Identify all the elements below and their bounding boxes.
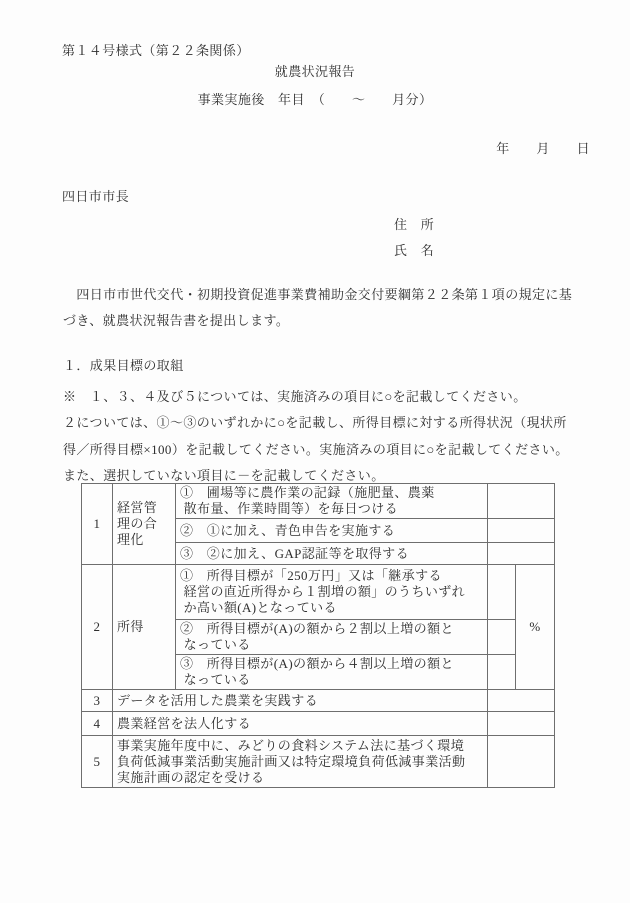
table-row: 1 経営管 理の合 理化 ① 圃場等に農作業の記録（施肥量、農薬 散布量、作業時… [82,484,555,519]
item-text: ① 所得目標が「250万円」又は「継承する 経営の直近所得から１割増の額」のうち… [176,565,488,620]
date-line: 年 月 日 [496,140,590,157]
name-label: 氏 名 [394,242,434,259]
table-row: 3 データを活用した農業を実践する [82,690,555,712]
entry-cell [488,484,555,519]
note-line-1: ※ １、３、４及び５については、実施済みの項目に○を記載してください。 [63,384,608,411]
item-text: ② ①に加え、青色申告を実施する [176,519,488,543]
form-number: 第１４号様式（第２２条関係） [62,42,250,59]
item-text: データを活用した農業を実践する [113,690,488,712]
entry-cell [488,620,516,655]
section-title: １．成果目標の取組 [63,357,184,374]
item-text: ③ ②に加え、GAP認証等を取得する [176,543,488,565]
document-page: 第１４号様式（第２２条関係） 就農状況報告 事業実施後 年目 （ ～ 月分） 年… [0,0,630,903]
item-text: 事業実施年度中に、みどりの食料システム法に基づく環境 負荷低減事業活動実施計画又… [113,736,488,788]
table-row: 4 農業経営を法人化する [82,712,555,736]
row-number: 4 [82,712,113,736]
entry-cell [488,565,516,620]
item-text: ① 圃場等に農作業の記録（施肥量、農薬 散布量、作業時間等）を毎日つける [176,484,488,519]
goals-table: 1 経営管 理の合 理化 ① 圃場等に農作業の記録（施肥量、農薬 散布量、作業時… [81,483,555,788]
table-row: 5 事業実施年度中に、みどりの食料システム法に基づく環境 負荷低減事業活動実施計… [82,736,555,788]
entry-cell [488,543,555,565]
note-paragraph-2: ２については、①～③のいずれかに○を記載し、所得目標に対する所得状況（現状所 得… [63,410,608,490]
item-text: 農業経営を法人化する [113,712,488,736]
table-row: 2 所得 ① 所得目標が「250万円」又は「継承する 経営の直近所得から１割増の… [82,565,555,620]
row-number: 2 [82,565,113,690]
row-category: 経営管 理の合 理化 [113,484,176,565]
entry-cell [488,736,555,788]
row-number: 1 [82,484,113,565]
entry-cell [488,690,555,712]
body-paragraph: 四日市市世代交代・初期投資促進事業費補助金交付要綱第２２条第１項の規定に基 づき… [63,282,608,334]
document-subtitle: 事業実施後 年目 （ ～ 月分） [0,91,630,108]
row-number: 5 [82,736,113,788]
entry-cell [488,712,555,736]
goals-table-body: 1 経営管 理の合 理化 ① 圃場等に農作業の記録（施肥量、農薬 散布量、作業時… [82,484,555,788]
row-category: 所得 [113,565,176,690]
item-text: ② 所得目標が(A)の額から２割以上増の額と なっている [176,620,488,655]
item-text: ③ 所得目標が(A)の額から４割以上増の額と なっている [176,655,488,690]
row-number: 3 [82,690,113,712]
address-label: 住 所 [394,216,434,233]
addressee: 四日市市長 [62,188,129,205]
entry-cell [488,655,516,690]
percent-unit: % [516,565,555,690]
document-title: 就農状況報告 [0,63,630,80]
entry-cell [488,519,555,543]
